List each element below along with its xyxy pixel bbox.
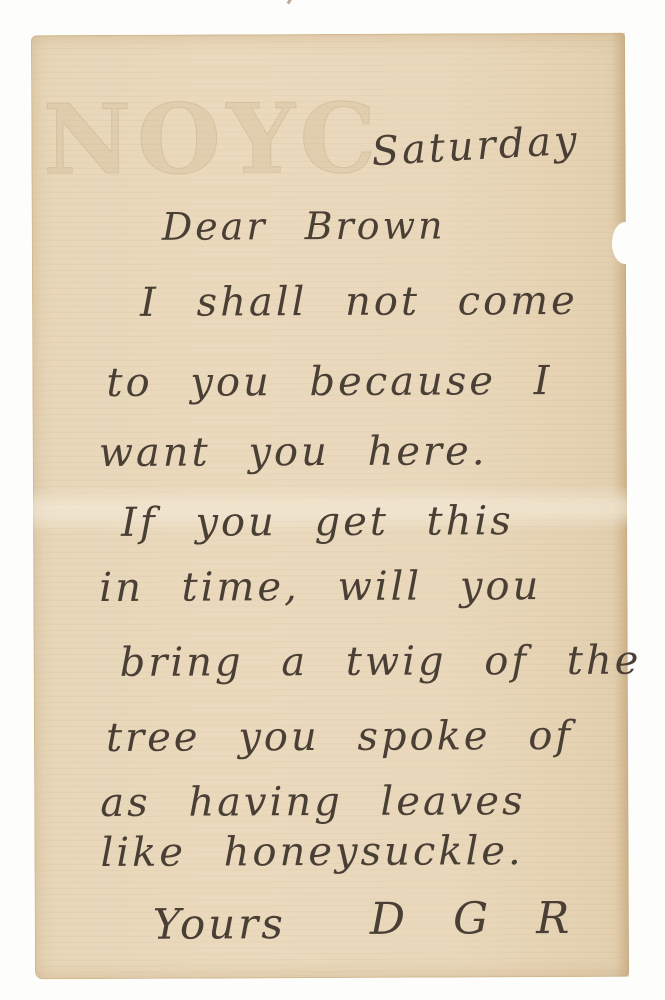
letter-closing: Yours (153, 899, 286, 949)
letter-body-line: in time, will you (99, 563, 541, 611)
scan-background: NOYC Saturday Dear Brown I shall not com… (0, 0, 665, 1000)
torn-edge-notch (612, 222, 638, 264)
letter-date: Saturday (370, 117, 581, 175)
letter-body-line: to you because I (106, 358, 552, 406)
letter-paper: NOYC Saturday Dear Brown I shall not com… (31, 33, 629, 980)
letter-body-line: If you get this (121, 498, 514, 546)
letter-salutation: Dear Brown (162, 203, 446, 248)
letter-body-line: tree you spoke of (106, 713, 573, 761)
letter-body-line: like honeysuckle. (100, 828, 523, 876)
letter-body-line: bring a twig of the (120, 638, 642, 686)
stray-ink-mark (287, 0, 293, 4)
letter-body-line: as having leaves (100, 778, 525, 826)
letter-body-line: want you here. (99, 428, 488, 476)
letter-signature: D G R (370, 893, 576, 945)
paper-watermark: NOYC (43, 82, 382, 196)
letter-body-line: I shall not come (140, 278, 578, 326)
